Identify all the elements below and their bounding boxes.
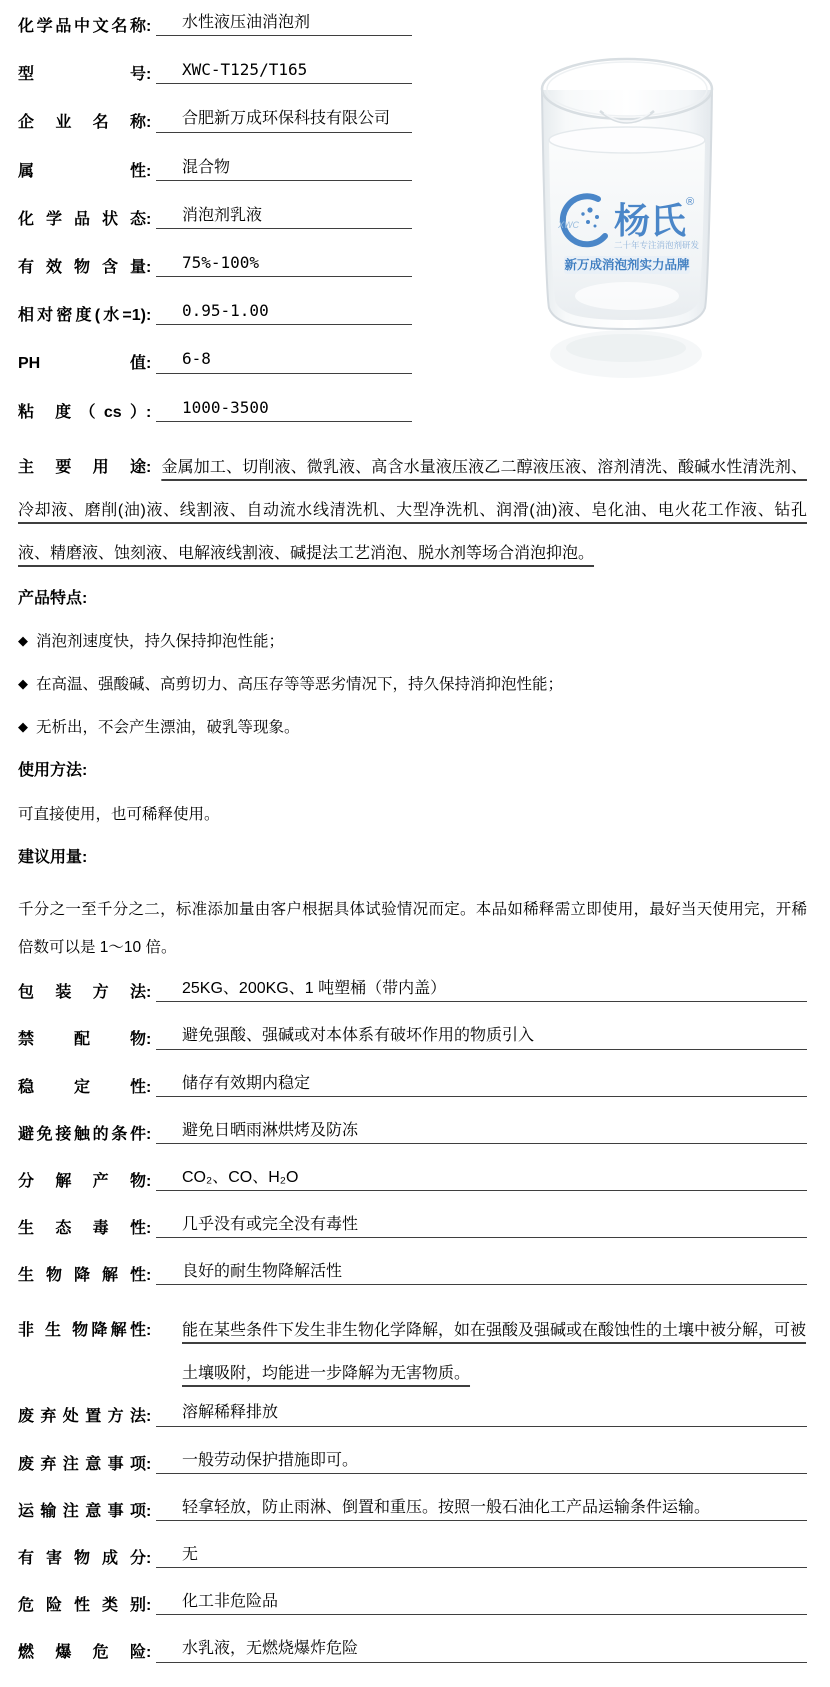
field-colon: :	[146, 162, 156, 181]
registered-mark: ®	[686, 196, 694, 208]
field-value-line: XWC-T125/T165	[156, 60, 412, 84]
brand-code: XWC	[557, 220, 579, 230]
field-value: 消泡剂乳液	[182, 205, 262, 224]
diamond-bullet-icon: ◆	[18, 676, 28, 691]
field-colon: :	[146, 354, 156, 373]
field-label: 主 要 用 途	[18, 458, 146, 477]
field-value-line: 0.95-1.00	[156, 301, 412, 325]
dosage-text: 千分之一至千分之二，标准添加量由客户根据具体试验情况而定。本品如稀释需立即使用，…	[18, 891, 807, 967]
beaker-graphic: XWC 杨氏 ® 二十年专注消泡剂研发 新万成消泡剂实力品牌	[538, 52, 716, 384]
field-value: 合肥新万成环保科技有限公司	[182, 108, 390, 127]
field-colon: :	[146, 1125, 156, 1144]
field-value: XWC-T125/T165	[182, 60, 307, 79]
field-row: 生 物 降 解 性: 良好的耐生物降解活性	[18, 1262, 807, 1285]
field-value-line: 6-8	[156, 349, 412, 373]
field-value: 几乎没有或完全没有毒性	[182, 1216, 358, 1233]
field-row: 包 装 方 法: 25KG、200KG、1 吨塑桶（带内盖）	[18, 979, 807, 1002]
field-label: 企 业 名 称	[18, 113, 146, 132]
feature-item: ◆无析出，不会产生漂油，破乳等现象。	[18, 718, 807, 737]
feature-item: ◆消泡剂速度快，持久保持抑泡性能；	[18, 632, 807, 651]
field-value: 水性液压油消泡剂	[182, 12, 310, 31]
field-colon: :	[146, 1502, 156, 1521]
dosage-heading: 建议用量:	[18, 848, 807, 867]
field-value: 0.95-1.00	[182, 301, 269, 320]
field-value-line: 一般劳动保护措施即可。	[156, 1451, 807, 1474]
feature-text: 无析出，不会产生漂油，破乳等现象。	[36, 719, 300, 736]
field-colon: :	[146, 1549, 156, 1568]
field-value: 混合物	[182, 157, 230, 176]
feature-text: 在高温、强酸碱、高剪切力、高压存等等恶劣情况下，持久保持消抑泡性能；	[36, 676, 563, 693]
field-row: 分 解 产 物: CO₂、CO、H₂O	[18, 1168, 807, 1191]
field-value-line: 溶解稀释排放	[156, 1403, 807, 1426]
field-label: 废弃处置方法	[18, 1407, 146, 1426]
field-label: 生 物 降 解 性	[18, 1266, 146, 1285]
field-label: 属 性	[18, 162, 146, 181]
field-row: 型 号: XWC-T125/T165	[18, 60, 412, 84]
field-colon: :	[146, 1219, 156, 1238]
field-row: 有 害 物 成 分: 无	[18, 1545, 807, 1568]
main-use-row: 主 要 用 途:金属加工、切削液、微乳液、高含水量液压液乙二醇液压液、溶剂清洗、…	[18, 446, 807, 575]
field-label: 生 态 毒 性	[18, 1219, 146, 1238]
field-colon: :	[146, 1078, 156, 1097]
field-value-line: 良好的耐生物降解活性	[156, 1262, 807, 1285]
liquid-surface	[549, 127, 705, 153]
field-value-line: 消泡剂乳液	[156, 205, 412, 229]
field-row: 粘 度（cs）: 1000-3500	[18, 398, 412, 422]
field-row: PH 值: 6-8	[18, 349, 412, 373]
field-value: 一般劳动保护措施即可。	[182, 1452, 358, 1469]
field-label: PH 值	[18, 354, 146, 373]
field-value: 避免日晒雨淋烘烤及防冻	[182, 1122, 358, 1139]
field-value: 6-8	[182, 349, 211, 368]
features-heading: 产品特点:	[18, 589, 807, 608]
top-fields-block: 化学品中文名称: 水性液压油消泡剂 型 号: XWC-T125/T165 企 业…	[18, 12, 412, 422]
field-colon: :	[146, 1172, 156, 1191]
field-value-line: CO₂、CO、H₂O	[156, 1168, 807, 1191]
field-colon: :	[146, 459, 161, 476]
field-row: 属 性: 混合物	[18, 157, 412, 181]
diamond-bullet-icon: ◆	[18, 719, 28, 734]
crescent-dot	[587, 207, 592, 212]
field-label: 废弃注意事项	[18, 1455, 146, 1474]
field-row: 生 态 毒 性: 几乎没有或完全没有毒性	[18, 1215, 807, 1238]
field-label: 非 生 物降解性	[18, 1309, 146, 1352]
field-row: 企 业 名 称: 合肥新万成环保科技有限公司	[18, 108, 412, 132]
field-label: 相对密度(水=1)	[18, 306, 146, 325]
field-value-line: 无	[156, 1545, 807, 1568]
field-value: 轻拿轻放，防止雨淋、倒置和重压。按照一般石油化工产品运输条件运输。	[182, 1499, 710, 1516]
field-label: 避免接触的条件	[18, 1125, 146, 1144]
field-row: 避免接触的条件: 避免日晒雨淋烘烤及防冻	[18, 1121, 807, 1144]
field-row: 废弃注意事项: 一般劳动保护措施即可。	[18, 1451, 807, 1474]
field-colon: :	[146, 113, 156, 132]
field-row: 禁 配 物: 避免强酸、强碱或对本体系有破坏作用的物质引入	[18, 1026, 807, 1049]
crescent-dot	[594, 225, 597, 228]
field-row: 有 效 物 含 量: 75%-100%	[18, 253, 412, 277]
field-colon: :	[146, 1030, 156, 1049]
features-list: ◆消泡剂速度快，持久保持抑泡性能； ◆在高温、强酸碱、高剪切力、高压存等等恶劣情…	[18, 632, 807, 738]
field-label: 型 号	[18, 65, 146, 84]
beaker-reflection-core	[566, 334, 686, 362]
field-colon: :	[146, 210, 156, 229]
field-value-line: 混合物	[156, 157, 412, 181]
field-label: 包 装 方 法	[18, 983, 146, 1002]
field-label: 粘 度（cs）	[18, 403, 146, 422]
liquid-highlight	[575, 282, 679, 310]
field-colon: :	[146, 306, 156, 325]
crescent-dot	[581, 212, 584, 215]
field-label: 化学品中文名称	[18, 17, 146, 36]
field-colon: :	[146, 403, 156, 422]
field-value: CO₂、CO、H₂O	[182, 1169, 298, 1186]
brand-name: 杨氏	[614, 201, 687, 241]
field-row: 非 生 物降解性: 能在某些条件下发生非生物化学降解，如在强酸及强碱或在酸蚀性的…	[18, 1309, 807, 1395]
field-label: 禁 配 物	[18, 1030, 146, 1049]
field-label: 运输注意事项	[18, 1502, 146, 1521]
field-value-line: 轻拿轻放，防止雨淋、倒置和重压。按照一般石油化工产品运输条件运输。	[156, 1498, 807, 1521]
field-value: 避免强酸、强碱或对本体系有破坏作用的物质引入	[182, 1027, 534, 1044]
feature-text: 消泡剂速度快，持久保持抑泡性能；	[36, 633, 284, 650]
usage-text: 可直接使用，也可稀释使用。	[18, 805, 807, 824]
field-value-line: 1000-3500	[156, 398, 412, 422]
field-value-line: 储存有效期内稳定	[156, 1074, 807, 1097]
field-value: 溶解稀释排放	[182, 1404, 278, 1421]
field-value-line: 75%-100%	[156, 253, 412, 277]
field-value: 无	[182, 1546, 198, 1563]
field-value-line: 能在某些条件下发生非生物化学降解，如在强酸及强碱或在酸蚀性的土壤中被分解，可被土…	[156, 1309, 807, 1395]
field-row: 化 学 品 状 态: 消泡剂乳液	[18, 205, 412, 229]
field-label: 有 害 物 成 分	[18, 1549, 146, 1568]
field-colon: :	[146, 17, 156, 36]
field-value-line: 合肥新万成环保科技有限公司	[156, 108, 412, 132]
field-colon: :	[146, 1309, 156, 1352]
product-photo: XWC 杨氏 ® 二十年专注消泡剂研发 新万成消泡剂实力品牌	[538, 52, 716, 384]
crescent-dot	[595, 215, 599, 219]
field-label: 化 学 品 状 态	[18, 210, 146, 229]
field-row: 运输注意事项: 轻拿轻放，防止雨淋、倒置和重压。按照一般石油化工产品运输条件运输…	[18, 1498, 807, 1521]
brand-banner: 新万成消泡剂实力品牌	[564, 257, 690, 272]
field-colon: :	[146, 1266, 156, 1285]
field-colon: :	[146, 258, 156, 277]
field-value-line: 几乎没有或完全没有毒性	[156, 1215, 807, 1238]
field-value: 良好的耐生物降解活性	[182, 1263, 342, 1280]
field-value: 储存有效期内稳定	[182, 1075, 310, 1092]
field-value: 1000-3500	[182, 398, 269, 417]
field-row: 废弃处置方法: 溶解稀释排放	[18, 1403, 807, 1426]
field-label: 有 效 物 含 量	[18, 258, 146, 277]
field-colon: :	[146, 1455, 156, 1474]
field-label: 稳 定 性	[18, 1078, 146, 1097]
field-value-line: 水性液压油消泡剂	[156, 12, 412, 36]
usage-heading: 使用方法:	[18, 761, 807, 780]
field-row: 化学品中文名称: 水性液压油消泡剂	[18, 12, 412, 36]
diamond-bullet-icon: ◆	[18, 633, 28, 648]
field-colon: :	[146, 983, 156, 1002]
field-colon: :	[146, 1407, 156, 1426]
field-label: 分 解 产 物	[18, 1172, 146, 1191]
field-value-line: 25KG、200KG、1 吨塑桶（带内盖）	[156, 979, 807, 1002]
brand-tagline: 二十年专注消泡剂研发	[614, 240, 700, 250]
field-row: 相对密度(水=1): 0.95-1.00	[18, 301, 412, 325]
field-value-line: 避免强酸、强碱或对本体系有破坏作用的物质引入	[156, 1026, 807, 1049]
field-row: 稳 定 性: 储存有效期内稳定	[18, 1074, 807, 1097]
field-colon: :	[146, 65, 156, 84]
crescent-dot	[586, 220, 590, 224]
field-value: 能在某些条件下发生非生物化学降解，如在强酸及强碱或在酸蚀性的土壤中被分解，可被土…	[182, 1322, 806, 1382]
feature-item: ◆在高温、强酸碱、高剪切力、高压存等等恶劣情况下，持久保持消抑泡性能；	[18, 675, 807, 694]
field-value: 25KG、200KG、1 吨塑桶（带内盖）	[182, 980, 446, 997]
bottom-fields-block: 包 装 方 法: 25KG、200KG、1 吨塑桶（带内盖） 禁 配 物: 避免…	[18, 979, 807, 1582]
field-value-line: 避免日晒雨淋烘烤及防冻	[156, 1121, 807, 1144]
field-value: 75%-100%	[182, 253, 259, 272]
